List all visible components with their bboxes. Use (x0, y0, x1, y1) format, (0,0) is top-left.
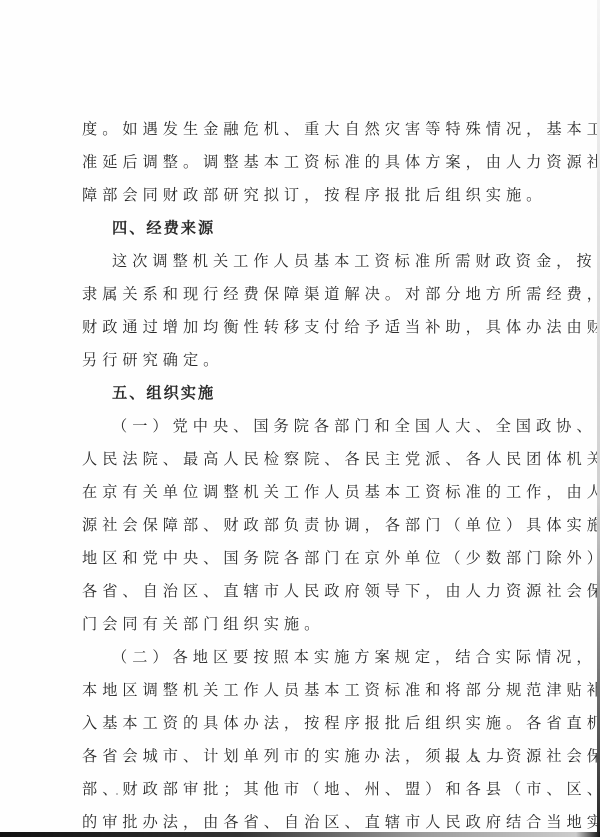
text-line: 各省、自治区、直辖市人民政府领导下，由人力资源社会保障部 (82, 582, 522, 600)
text-line: 另行研究确定。 (82, 351, 223, 369)
text-line: （二）各地区要按照本实施方案规定，结合实际情况，拟订 (112, 648, 522, 666)
text-line: 入基本工资的具体办法，按程序报批后组织实施。各省直机关和 (82, 714, 522, 732)
text-line: 这次调整机关工作人员基本工资标准所需财政资金，按行政 (112, 252, 522, 270)
scan-edge-bottom (0, 832, 600, 837)
text-line: 隶属关系和现行经费保障渠道解决。对部分地方所需经费，中央 (82, 285, 522, 303)
text-line: 障部会同财政部研究拟订，按程序报批后组织实施。 (82, 186, 546, 204)
text-line: 在京有关单位调整机关工作人员基本工资标准的工作，由人力资 (82, 483, 522, 501)
document-page: 度。如遇发生金融危机、重大自然灾害等特殊情况，基本工资标 准延后调整。调整基本工… (0, 0, 597, 832)
text-line: （一）党中央、国务院各部门和全国人大、全国政协、最高 (112, 417, 522, 435)
text-line: 本地区调整机关工作人员基本工资标准和将部分规范津贴补贴纳 (82, 681, 522, 699)
text-line: 门会同有关部门组织实施。 (82, 615, 324, 633)
text-line: 部、财政部审批；其他市（地、州、盟）和各县（市、区、旗） (82, 780, 522, 798)
page-number: — 5 — (445, 751, 508, 766)
text-line: 人民法院、最高人民检察院、各民主党派、各人民团体机关以及 (82, 450, 522, 468)
text-line: 度。如遇发生金融危机、重大自然灾害等特殊情况，基本工资标 (82, 120, 522, 138)
section-heading-implementation: 五、组织实施 (112, 384, 215, 402)
scan-speck (116, 793, 118, 795)
text-line: 的审批办法，由各省、自治区、直辖市人民政府结合当地实际确 (82, 813, 522, 831)
text-line: 准延后调整。调整基本工资标准的具体方案，由人力资源社会保 (82, 153, 522, 171)
section-heading-funding: 四、经费来源 (112, 219, 215, 237)
text-line: 财政通过增加均衡性转移支付给予适当补助，具体办法由财政部 (82, 318, 522, 336)
text-line: 地区和党中央、国务院各部门在京外单位（少数部门除外），在 (82, 549, 522, 567)
text-line: 源社会保障部、财政部负责协调，各部门（单位）具体实施；各 (82, 516, 522, 534)
